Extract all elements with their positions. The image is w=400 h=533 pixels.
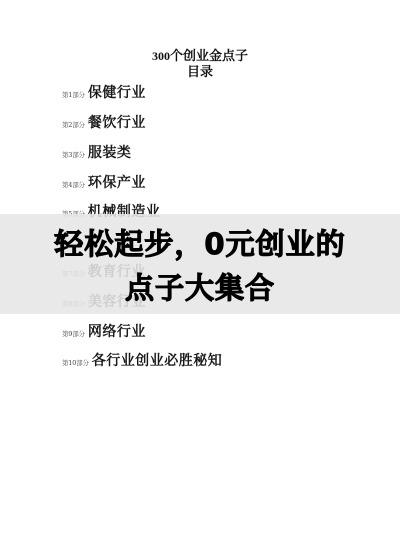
toc-item-label: 服装类 (88, 142, 132, 162)
toc-item-label: 保健行业 (88, 82, 146, 102)
toc-item-label: 网络行业 (88, 321, 146, 341)
toc-item-10: 第10部分 各行业创业必胜秘知 (62, 350, 222, 370)
toc-item-prefix: 第2部分 (62, 120, 85, 129)
toc-item-1: 第1部分 保健行业 (62, 82, 146, 102)
toc-item-label: 餐饮行业 (88, 112, 146, 132)
document-title: 300个创业金点子 目录 (0, 48, 400, 81)
title-text: 个创业金点子 (170, 49, 248, 64)
toc-item-2: 第2部分 餐饮行业 (62, 112, 146, 132)
toc-item-9: 第9部分 网络行业 (62, 321, 146, 341)
toc-item-prefix: 第9部分 (62, 329, 85, 338)
title-number: 300 (152, 49, 170, 63)
toc-item-4: 第4部分 环保产业 (62, 172, 146, 192)
toc-item-label: 各行业创业必胜秘知 (92, 350, 223, 370)
document-subtitle: 目录 (0, 65, 400, 81)
toc-item-prefix: 第4部分 (62, 180, 85, 189)
document-title-line1: 300个创业金点子 (0, 48, 400, 65)
toc-item-prefix: 第3部分 (62, 150, 85, 159)
headline-line2: 点子大集合 (0, 270, 400, 306)
toc-item-3: 第3部分 服装类 (62, 142, 131, 162)
toc-item-label: 环保产业 (88, 172, 146, 192)
toc-item-prefix: 第1部分 (62, 90, 85, 99)
toc-item-prefix: 第10部分 (62, 358, 89, 367)
headline-line1: 轻松起步，0元创业的 (0, 226, 400, 262)
